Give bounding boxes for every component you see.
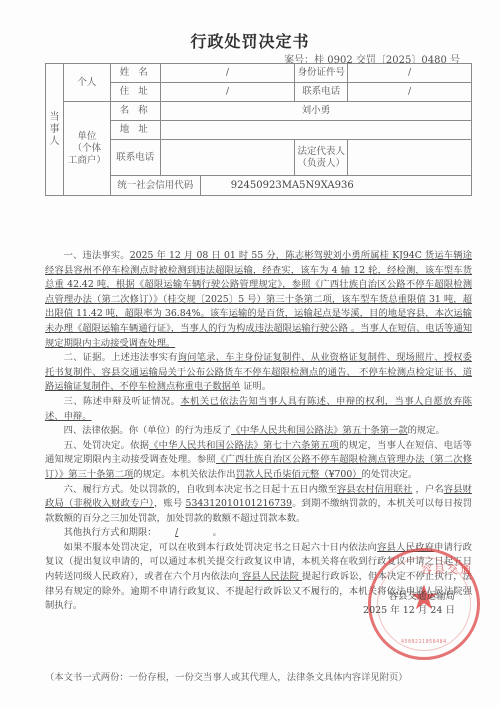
unit-name-label: 名 称 <box>110 102 160 121</box>
unit-name-value: 刘小勇 <box>160 102 471 121</box>
other-execution-suffix: 。 <box>213 527 222 538</box>
decision-heading: 五、处罚决定。 <box>64 440 131 451</box>
individual-name-label: 姓 名 <box>110 64 160 83</box>
party-side-label: 当事人 <box>46 64 64 196</box>
execution-prefix: 处以罚款的，自收到本决定书之日起十五日内缴至 <box>130 484 337 495</box>
decision-middle2: 的规定。本机关依法作出 <box>133 469 235 480</box>
evidence-suffix: 证明。 <box>240 381 271 392</box>
credit-code-row: 统一社会信用代码 92450923MA5N9XA936 <box>110 176 471 196</box>
evidence-heading: 二、证据。 <box>64 352 112 363</box>
execution-middle2: ，账号 <box>154 498 186 509</box>
statement-heading: 三、陈述申辩及听证情况。 <box>64 396 181 407</box>
credit-code-label: 统一社会信用代码 <box>111 176 201 195</box>
section-facts: 一、违法事实。2025 年 12 月 08 日 01 时 55 分，陈志彬驾驶刘… <box>45 249 472 351</box>
legal-basis-law: 《中华人民共和国公路法》第五十条第一款 <box>231 425 408 436</box>
individual-id-value: / <box>348 64 472 83</box>
individual-phone-value: / <box>348 83 472 102</box>
individual-address-value: / <box>160 83 295 102</box>
legal-basis-suffix: 的规定。 <box>408 425 445 436</box>
unit-address-label: 地 址 <box>110 121 160 140</box>
legal-basis-heading: 四、法律依据。 <box>64 425 129 436</box>
section-legal-basis: 四、法律依据。你（单位）的行为违反了《中华人民共和国公路法》第五十条第一款的规定… <box>45 424 472 439</box>
unit-type-label: 单位（个体工商户） <box>63 102 110 196</box>
document-title: 行政处罚决定书 <box>0 29 500 52</box>
unit-address-value <box>160 121 471 140</box>
seal-text: 容县交通 <box>421 561 473 577</box>
section-statement: 三、陈述申辩及听证情况。本机关已依法告知当事人具有陈述、申辩的权利，当事人自愿放… <box>45 395 472 424</box>
unit-legal-rep-value <box>348 140 472 176</box>
signature-block: 容县交通运输局 2025 年 12 月 24 日 <box>355 590 455 618</box>
other-execution-label: 其他执行方式和期限： <box>64 527 157 538</box>
issuer-name: 容县交通运输局 <box>355 590 455 604</box>
other-execution-value: / <box>157 526 213 541</box>
decision-law: 《中华人民共和国公路法》第七十六条第五项 <box>149 440 339 451</box>
credit-code-value: 92450923MA5N9XA936 <box>201 176 471 195</box>
unit-legal-rep-label: 法定代表人（负责人） <box>295 140 348 176</box>
appeal-prefix: 如果不服本处罚决定，可以在收到本行政处罚决定书之日起六十日内依法向 <box>64 542 378 553</box>
section-other-execution: 其他执行方式和期限： / 。 <box>45 526 472 541</box>
party-info-table: 当事人 个人 姓 名 / 身份证件号 / 住 址 / 联系电话 / 单位（个体工… <box>45 63 472 196</box>
issue-date: 2025 年 12 月 24 日 <box>355 604 455 618</box>
individual-name-value: / <box>160 64 295 83</box>
individual-phone-label: 联系电话 <box>295 83 348 102</box>
unit-phone-label: 联系电话 <box>110 140 160 176</box>
decision-penalty: 罚款人民币柒佰元整（¥700） <box>236 469 362 480</box>
seal-code: 4509211058484 <box>401 639 447 645</box>
individual-type-label: 个人 <box>63 64 110 102</box>
execution-middle: ，户名 <box>412 484 443 495</box>
individual-id-label: 身份证件号 <box>295 64 348 83</box>
individual-address-label: 住 址 <box>110 83 160 102</box>
decision-suffix: 的处罚决定。 <box>362 469 418 480</box>
execution-bank: 容县农村信用联社 <box>337 484 412 495</box>
section-execution: 六、履行方式。处以罚款的，自收到本决定书之日起十五日内缴至容县农村信用联社 ，户… <box>45 483 472 527</box>
legal-basis-prefix: 你（单位）的行为违反了 <box>129 425 231 436</box>
facts-heading: 一、违法事实。 <box>64 250 130 261</box>
execution-heading: 六、履行方式。 <box>64 484 130 495</box>
document-page: 行政处罚决定书 案号：桂 0902 交罚〔2025〕0480 号 当事人 个人 … <box>0 0 500 707</box>
unit-phone-value <box>160 140 295 176</box>
decision-prefix: 依据 <box>130 440 149 451</box>
evidence-prefix: 上述违法事实有 <box>111 352 178 363</box>
section-decision: 五、处罚决定。依据《中华人民共和国公路法》第七十六条第五项的规定，当事人在短信、… <box>45 439 472 483</box>
execution-account-number: 534312010101216739 <box>186 498 292 509</box>
section-evidence: 二、证据。上述违法事实有询问笔录、车主身份证复制件、从业资格证复制件、现场照片、… <box>45 351 472 395</box>
footnote: （本文书一式两份：一份存根，一份交当事人或其代理人，法律条文具体内容详见附页） <box>45 669 475 683</box>
facts-text: 2025 年 12 月 08 日 01 时 55 分，陈志彬驾驶刘小勇所属桂 K… <box>45 250 472 349</box>
appeal-court: 容县人民法院 <box>239 571 302 582</box>
